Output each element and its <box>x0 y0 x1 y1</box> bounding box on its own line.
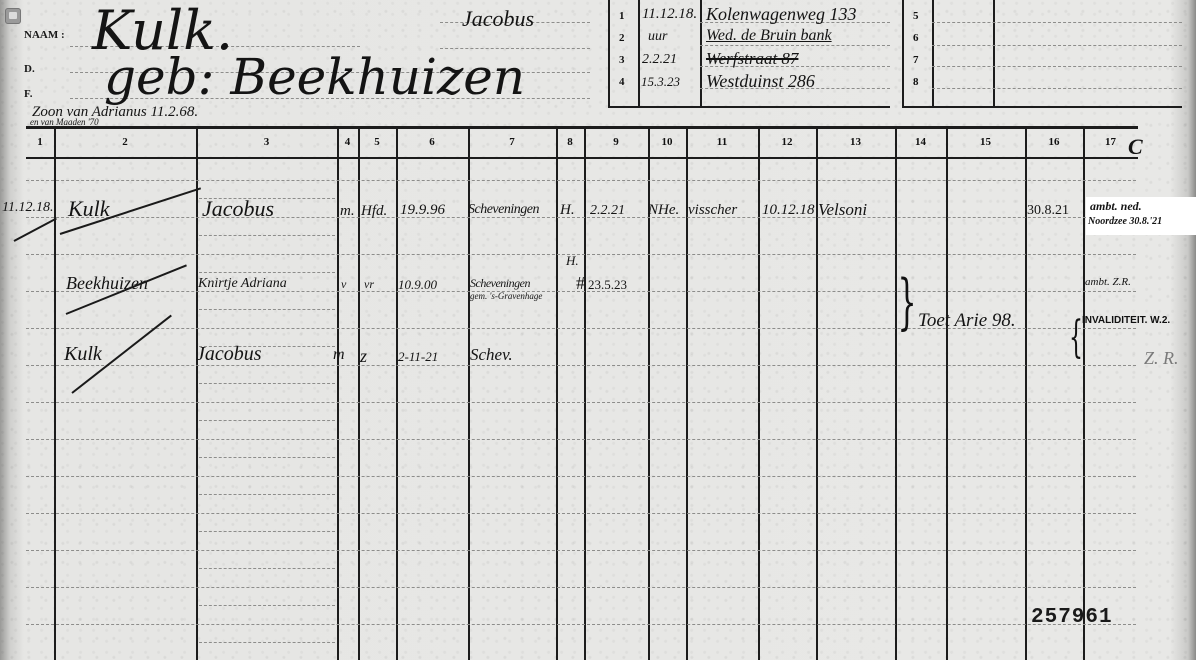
row2-religion-mark: H. <box>566 253 579 269</box>
row1-col1-date: 11.12.18. <box>2 200 53 216</box>
address-date-1: 11.12.18. <box>642 6 697 23</box>
column-number-4: 4 <box>337 136 358 148</box>
column-number-10: 10 <box>648 136 686 148</box>
hash-mark: # <box>576 273 585 294</box>
zr-note: Z. R. <box>1144 348 1179 369</box>
column-rule <box>584 128 586 660</box>
row1-birth-place: Scheveningen <box>468 202 539 218</box>
column-rule <box>396 128 398 660</box>
column-number-15: 15 <box>946 136 1025 148</box>
row1-col16: 30.8.21 <box>1027 203 1069 219</box>
column-number-1: 1 <box>26 136 54 148</box>
invaliditeit-stamp: INVALIDITEIT. W.2. <box>1082 315 1170 326</box>
brace-left: } <box>898 272 917 332</box>
row2-relation: vr <box>364 277 374 292</box>
row3-birth-date: 2-11-21 <box>398 349 438 365</box>
address-date-2: uur <box>648 29 667 45</box>
column-number-12: 12 <box>758 136 816 148</box>
row3-birth-place: Schev. <box>470 345 513 365</box>
card-number: 257961 <box>1031 606 1113 629</box>
remark: Toet Arie 98. <box>918 310 1016 332</box>
address-1: Kolenwagenweg 133 <box>706 4 857 25</box>
row1-given-names: Jacobus <box>202 196 274 222</box>
brace-right: { <box>1069 316 1083 360</box>
row1-relation: Hfd. <box>361 203 387 220</box>
corner-mark: C <box>1128 134 1143 160</box>
row1-col17-line1: ambt. ned. <box>1090 199 1142 214</box>
table-header-rule <box>26 157 1138 159</box>
row1-col10: NHe. <box>648 202 679 219</box>
row3-surname: Kulk <box>64 343 102 366</box>
column-number-8: 8 <box>556 136 584 148</box>
row3-given-names: Jacobus <box>196 343 262 366</box>
label-d: D. <box>24 63 35 75</box>
row1-col17-line2: Noordzee 30.8.'21 <box>1088 216 1162 227</box>
label-naam: NAAM : <box>24 29 65 41</box>
row2-birth-place: Scheveningen <box>470 276 530 291</box>
row2-col17: ambt. Z.R. <box>1085 276 1131 288</box>
row1-col12: 10.12.18 <box>762 202 815 219</box>
row1-religion: H. <box>560 202 575 219</box>
address-2: Wed. de Bruin bank <box>706 27 832 45</box>
row2-birth-date: 10.9.00 <box>398 277 437 293</box>
column-rule <box>54 128 56 660</box>
row2-sex: v <box>341 277 346 292</box>
row2-marriage-date: 23.5.23 <box>588 277 627 293</box>
column-number-3: 3 <box>196 136 337 148</box>
row2-given-names: Knirtje Adriana <box>198 276 287 292</box>
given-name: Jacobus <box>462 6 534 32</box>
address-3: Werfstraat 87 <box>706 49 798 69</box>
column-number-16: 16 <box>1025 136 1083 148</box>
register-card: NAAM : D. F. Kulk. geb: Beekhuizen Jacob… <box>0 0 1196 660</box>
column-number-13: 13 <box>816 136 895 148</box>
column-rule <box>1083 128 1085 660</box>
column-number-14: 14 <box>895 136 946 148</box>
row1-birth-date: 19.9.96 <box>400 202 445 219</box>
column-number-9: 9 <box>584 136 648 148</box>
column-rule <box>556 128 558 660</box>
column-number-5: 5 <box>358 136 396 148</box>
column-rule <box>946 128 948 660</box>
scanner-icon <box>5 8 21 24</box>
row1-sex: m. <box>340 203 355 220</box>
table-top-rule <box>26 126 1138 129</box>
column-rule <box>337 128 339 660</box>
row3-relation: z <box>360 346 367 367</box>
label-f: F. <box>24 88 32 100</box>
row1-marriage-date: 2.2.21 <box>590 203 625 219</box>
column-rule <box>758 128 760 660</box>
column-rule <box>895 128 897 660</box>
row1-occupation: visscher <box>688 202 737 219</box>
row2-birth-place-note: gem. 's-Gravenhage <box>470 291 542 301</box>
address-date-4: 15.3.23 <box>641 74 680 90</box>
column-rule <box>196 128 198 660</box>
address-4: Westduinst 286 <box>706 71 815 92</box>
column-number-7: 7 <box>468 136 556 148</box>
column-number-6: 6 <box>396 136 468 148</box>
row1-col13: Velsoni <box>818 200 867 220</box>
column-rule <box>358 128 360 660</box>
address-date-3: 2.2.21 <box>642 52 677 68</box>
column-number-11: 11 <box>686 136 758 148</box>
column-number-2: 2 <box>54 136 196 148</box>
maiden-name: geb: Beekhuizen <box>104 52 525 102</box>
row3-sex: m <box>333 346 345 364</box>
